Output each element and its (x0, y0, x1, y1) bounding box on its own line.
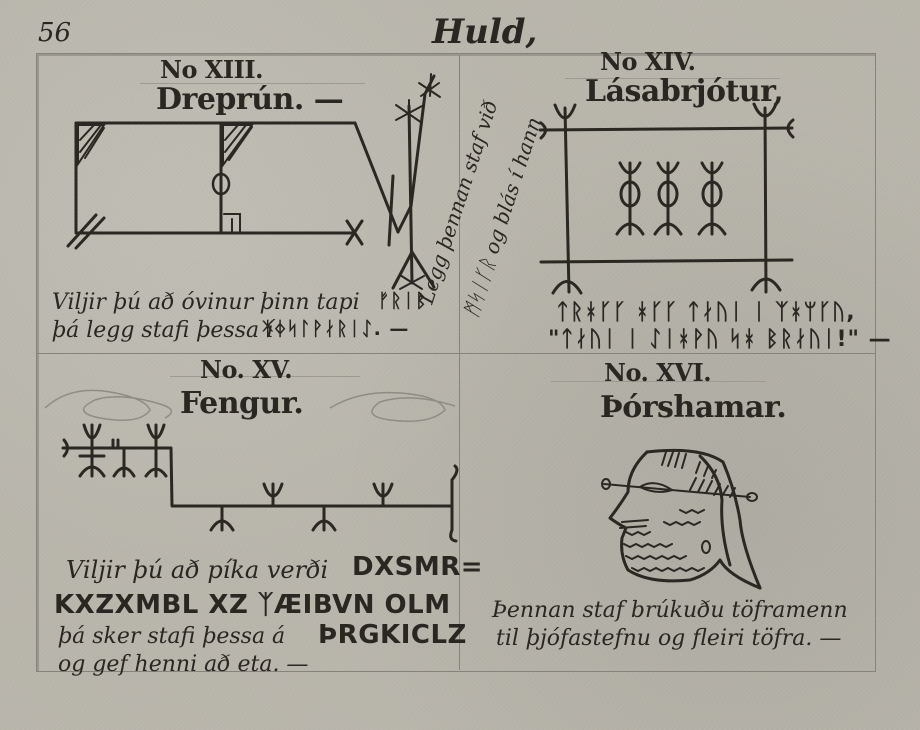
panel-text-line: Þennan staf brúkuðu töframenn (492, 598, 848, 623)
panel-text-line: til þjófastefnu og fleiri töfra. — (496, 626, 841, 651)
